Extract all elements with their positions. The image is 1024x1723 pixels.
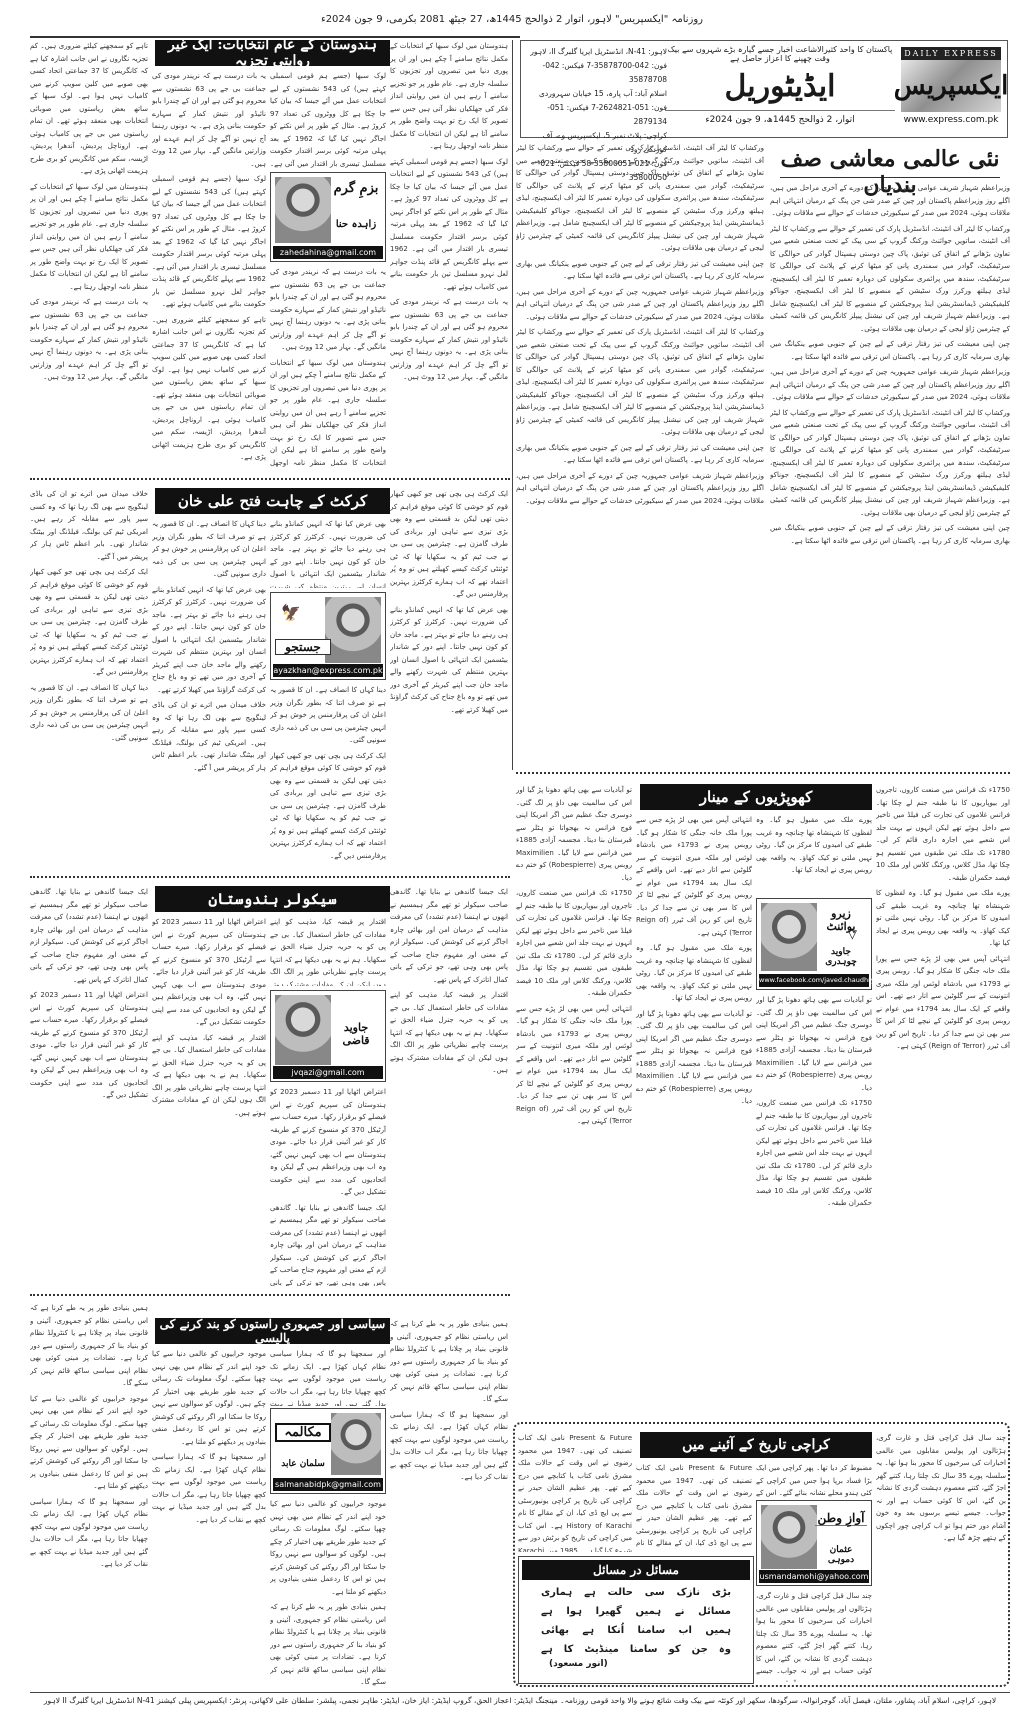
article-paragraph: یہ بات درست ہے کہ نریندر مودی کی جماعت ب…: [270, 266, 386, 354]
article-paragraph: اقتدار پر قبضہ کیا، مذہب کو اپنے مفادات …: [270, 916, 386, 986]
article-body: دینا کہاں کا انصاف ہے۔ ان کا قصور یہ ہے …: [152, 518, 266, 868]
article-paragraph: لوک سبھا (جسے ہم قومی اسمبلی کہتے ہیں) ک…: [390, 156, 508, 294]
editorial-paragraph: چین اپنی معیشت کی تیز رفتار ترقی کے لیے …: [770, 522, 1010, 547]
article-paragraph: 1750ء تک فرانس میں صنعت کاروں، تاجروں او…: [516, 887, 632, 1000]
editorial-paragraph: وزیراعظم شہباز شریف عوامی جمہوریہ چین کے…: [516, 286, 764, 324]
contact-line: فون: 051-2624821-7 فیکس: 051-2879134: [527, 101, 667, 129]
article-paragraph: اعتراض اٹھایا اور 11 دسمبر 2023 کو ہندوس…: [30, 989, 148, 1102]
article-paragraph: دینا کہاں کا انصاف ہے۔ ان کا قصور یہ ہے …: [152, 518, 266, 581]
contact-line: لاہور: 41-N، انڈسٹریل ایریا گلبرگ II، لا…: [527, 45, 667, 59]
article-paragraph: لوک سبھا (جسے ہم قومی اسمبلی کہتے ہیں) ک…: [152, 173, 266, 311]
article-paragraph: انتہائی آپس میں بھی لڑ پڑے جس سے پورا مل…: [876, 953, 1010, 1053]
article-paragraph: پورے ملک میں مقبول ہو گیا۔ وہ لفظوں کا ش…: [636, 942, 752, 1005]
author-email[interactable]: jvqazi@gmail.com: [273, 1066, 383, 1079]
contact-line: اسلام آباد: آب پارہ، 15 خیابان سہروردی: [527, 87, 667, 101]
poem-line: مسائل نے ہمیں گھیرا ہوا ہے: [519, 1602, 753, 1621]
article-headline: کھوپڑیوں کے مینار: [640, 784, 872, 810]
columnist-box: 🦅 جستجو ayazkhan@express.com.pk: [270, 592, 386, 680]
article-paragraph: چند سال قبل کراچی قتل و غارت گری، ہڑتالو…: [756, 1590, 872, 1682]
column-name: زیرو پوائنٹ: [815, 907, 867, 933]
article-headline: سیاسی اور جمہوری راستوں کو بند کرنے کی پ…: [155, 1318, 390, 1344]
article-paragraph: اعتراض اٹھایا اور 11 دسمبر 2023 کو ہندوس…: [270, 1086, 386, 1199]
article-body: ہندوستان میں لوک سبھا کے انتخابات کے مکم…: [390, 40, 508, 470]
article-paragraph: بھی عرض کیا تھا کہ انہیں کمانڈو بنانے کی…: [390, 604, 508, 717]
editorial-paragraph: وزیراعظم شہباز شریف عوامی جمہوریہ چین کے…: [770, 366, 1010, 404]
article-paragraph: خلاف میدان میں اترے تو ان کی باڈی لینگوی…: [152, 699, 266, 774]
article-paragraph: انتہائی آپس میں بھی لڑ پڑے جس سے پورا مل…: [636, 814, 752, 939]
article-body: Present & Future نامی ایک کتاب تصنیف کی …: [636, 1462, 752, 1552]
article-body: دینا کہاں کا انصاف ہے۔ ان کا قصور یہ ہے …: [270, 684, 386, 868]
article-body: 1750ء تک فرانس میں صنعت کاروں، تاجروں او…: [876, 784, 1010, 1414]
article-body: بھی عرض کیا تھا کہ انہیں کمانڈو بنانے کی…: [270, 518, 386, 588]
author-name: زاہدہ حنا: [331, 219, 381, 230]
author-name: عثمان دموہی: [815, 1545, 867, 1565]
masthead-tagline: پاکستان کا واحد کثیرالاشاعت اخبار جسے گی…: [665, 45, 895, 63]
article-paragraph: ایک کرکٹ ہی بچی تھی جو کبھی کبھار قوم کو…: [390, 488, 508, 601]
article-body: یہ بات درست ہے کہ نریندر مودی کی جماعت ب…: [152, 70, 266, 470]
article-paragraph: مضبوط کر دیا تھا۔ پھر کراچی میں ایک بڑا …: [756, 1462, 872, 1498]
editorial-paragraph: ورکشاپ کا لیٹر آف انٹینٹ، انڈسٹریل پارک …: [516, 142, 764, 255]
article-body: ایک جیسا گاندھی نے بنایا تھا۔ گاندھی صاح…: [390, 886, 508, 1286]
columnist-box: مکالمہ سلمان عابد salmanabidpk@gmail.com: [270, 1408, 386, 1494]
column-name: مکالمہ: [275, 1423, 331, 1442]
newspaper-logo[interactable]: DAILY EXPRESS ایکسپریس www.express.com.p…: [901, 47, 1001, 133]
editorial-paragraph: ورکشاپ کا لیٹر آف انٹینٹ، انڈسٹریل پارک …: [516, 326, 764, 439]
article-paragraph: ہمیں بنیادی طور پر یہ طے کرنا ہے کہ اس ر…: [30, 1302, 148, 1390]
eagle-icon: 🦅: [281, 603, 301, 622]
author-email[interactable]: zahedahina@gmail.com: [273, 246, 383, 259]
author-photo: [331, 1413, 381, 1475]
author-name: جاوید قاضی: [331, 1021, 381, 1047]
article-body: چند سال قبل کراچی قتل و غارت گری، ہڑتالو…: [756, 1590, 872, 1682]
columnist-box: بزمِ گرم زاہدہ حنا zahedahina@gmail.com: [270, 172, 386, 262]
author-photo: [761, 1505, 817, 1569]
article-headline: کراچی تاریخ کے آئینے میں: [640, 1432, 872, 1458]
article-paragraph: تاہے کو سمجھنے کیلئے ضروری ہیں۔ کم تجزیہ…: [30, 40, 148, 178]
poem-section-title: مسائل در مسائل: [522, 1560, 750, 1580]
article-paragraph: ایک جیسا گاندھی نے بنایا تھا۔ گاندھی صاح…: [390, 886, 508, 986]
arrow-down-icon: ▽: [848, 927, 857, 941]
author-email[interactable]: usmandamohi@yahoo.com: [759, 1570, 869, 1583]
editorial-paragraph: ورکشاپ کا لیٹر آف انٹینٹ، انڈسٹریل پارک …: [770, 223, 1010, 336]
author-photo: [275, 995, 331, 1065]
editorial-paragraph: چین اپنی معیشت کی تیز رفتار ترقی کے لیے …: [516, 258, 764, 283]
poem-author: (انور مسعود): [519, 1659, 753, 1669]
article-paragraph: پورے ملک میں مقبول ہو گیا۔ وہ لفظوں کا ش…: [756, 814, 872, 877]
article-paragraph: 1750ء تک فرانس میں صنعت کاروں، تاجروں او…: [756, 1097, 872, 1210]
article-paragraph: ہمیں بنیادی طور پر یہ طے کرنا ہے کہ اس ر…: [390, 1318, 508, 1406]
article-paragraph: اقتدار پر قبضہ کیا، مذہب کو اپنے مفادات …: [390, 989, 508, 1077]
editorial-body-col1: وزیراعظم شہباز شریف عوامی جمہوریہ چین کے…: [770, 182, 1010, 762]
article-body: تو آبادیات سے بھی ہاتھ دھونا پڑ گیا اور …: [756, 994, 872, 1414]
editorial-paragraph: وزیراعظم شہباز شریف عوامی جمہوریہ چین کے…: [516, 470, 764, 508]
author-facebook-link[interactable]: www.facebook.com/javed.chaudhry: [759, 974, 869, 987]
column-name: جستجو: [275, 639, 331, 655]
article-paragraph: ہندوستان میں لوک سبھا کے انتخابات کے مکم…: [270, 357, 386, 471]
author-email[interactable]: ayazkhan@express.com.pk: [273, 664, 383, 677]
footer-imprint: لاہور، کراچی، اسلام آباد، پشاور، ملتان، …: [30, 1692, 1010, 1705]
dateline: روزنامہ "ایکسپریس" لاہور، اتوار 2 ذوالحج…: [0, 14, 1024, 25]
article-body: اعتراض اٹھایا اور 11 دسمبر 2023 کو ہندوس…: [152, 916, 266, 1286]
article-paragraph: تو آبادیات سے بھی ہاتھ دھونا پڑ گیا اور …: [636, 1008, 752, 1108]
section-divider: [30, 478, 510, 480]
article-body: موجود خرابیوں کو عالمی دنیا سے کیا خود ا…: [270, 1498, 386, 1688]
article-paragraph: یہ بات درست ہے کہ نریندر مودی کی جماعت ب…: [390, 296, 508, 384]
article-body: Present & Future نامی ایک کتاب تصنیف کی …: [518, 1432, 632, 1552]
masthead-center: پاکستان کا واحد کثیرالاشاعت اخبار جسے گی…: [665, 45, 895, 125]
article-paragraph: اور سمجھنا ہو گا کہ ہمارا سیاسی نظام کہا…: [152, 1451, 266, 1526]
article-body: تاہے کو سمجھنے کیلئے ضروری ہیں۔ کم تجزیہ…: [30, 40, 148, 470]
article-paragraph: اور سمجھنا ہو گا کہ ہمارا سیاسی نظام کہا…: [390, 1409, 508, 1484]
editorial-paragraph: چین اپنی معیشت کی تیز رفتار ترقی کے لیے …: [516, 442, 764, 467]
article-paragraph: موجود خرابیوں کو عالمی دنیا سے کیا خود ا…: [270, 1498, 386, 1598]
article-paragraph: موجود خرابیوں کو عالمی دنیا سے کیا خود ا…: [152, 1348, 266, 1448]
article-headline: سیکولر ہندوستان: [155, 886, 390, 912]
article-body: ایک کرکٹ ہی بچی تھی جو کبھی کبھار قوم کو…: [390, 488, 508, 868]
editorial-body-col2: ورکشاپ کا لیٹر آف انٹینٹ، انڈسٹریل پارک …: [516, 142, 764, 762]
article-paragraph: تو آبادیات سے بھی ہاتھ دھونا پڑ گیا اور …: [516, 784, 632, 884]
article-paragraph: ہندوستان میں لوک سبھا کے انتخابات کے مکم…: [390, 40, 508, 153]
article-paragraph: ایک جیسا گاندھی نے بنایا تھا۔ گاندھی صاح…: [270, 1202, 386, 1287]
article-body: ہمیں بنیادی طور پر یہ طے کرنا ہے کہ اس ر…: [30, 1302, 148, 1688]
article-body: ہمیں بنیادی طور پر یہ طے کرنا ہے کہ اس ر…: [390, 1318, 508, 1688]
article-paragraph: چند سال قبل کراچی قتل و غارت گری، ہڑتالو…: [876, 1432, 1006, 1545]
editorial-paragraph: چین اپنی معیشت کی تیز رفتار ترقی کے لیے …: [770, 338, 1010, 363]
article-body: اعتراض اٹھایا اور 11 دسمبر 2023 کو ہندوس…: [270, 1086, 386, 1286]
article-body: مضبوط کر دیا تھا۔ پھر کراچی میں ایک بڑا …: [756, 1462, 872, 1498]
author-photo: [761, 903, 817, 971]
poem-line: ہمیں اب سامنا اُنکا ہے بھائی: [519, 1621, 753, 1640]
section-divider: [30, 876, 510, 878]
article-paragraph: ایک کرکٹ ہی بچی تھی جو کبھی کبھار قوم کو…: [270, 750, 386, 863]
article-paragraph: 1750ء تک فرانس میں صنعت کاروں، تاجروں او…: [876, 784, 1010, 884]
article-paragraph: بھی عرض کیا تھا کہ انہیں کمانڈو بنانے کی…: [152, 584, 266, 697]
article-paragraph: انتہائی آپس میں بھی لڑ پڑے جس سے پورا مل…: [516, 1003, 632, 1128]
author-name: جاوید چوہدری: [815, 947, 867, 967]
article-body: تو آبادیات سے بھی ہاتھ دھونا پڑ گیا اور …: [516, 784, 632, 1414]
article-paragraph: اعتراض اٹھایا اور 11 دسمبر 2023 کو ہندوس…: [152, 916, 266, 1029]
article-body: اقتدار پر قبضہ کیا، مذہب کو اپنے مفادات …: [270, 916, 386, 986]
section-divider: [516, 772, 1010, 774]
article-paragraph: تاہے کو سمجھنے کیلئے ضروری ہیں۔ کم تجزیہ…: [152, 314, 266, 464]
article-paragraph: موجود خرابیوں کو عالمی دنیا سے کیا خود ا…: [30, 1393, 148, 1493]
article-paragraph: خلاف میدان میں اترے تو ان کی باڈی لینگوی…: [30, 488, 148, 563]
article-paragraph: ایک جیسا گاندھی نے بنایا تھا۔ گاندھی صاح…: [30, 886, 148, 986]
masthead-date: اتوار، 2 ذوالحج 1445ھ، 9 جون 2024ء: [665, 110, 895, 125]
article-paragraph: پورے ملک میں مقبول ہو گیا۔ وہ لفظوں کا ش…: [876, 887, 1010, 950]
column-name: بزمِ گرم: [331, 181, 381, 196]
author-email[interactable]: salmanabidpk@gmail.com: [273, 1478, 383, 1491]
article-body: لوک سبھا (جسے ہم قومی اسمبلی کہتے ہیں) ک…: [270, 70, 386, 170]
website-link[interactable]: www.express.com.pk: [901, 112, 1001, 125]
article-headline: ہندوستان کے عام انتخابات: ایک غیر روایتی…: [155, 40, 390, 66]
section-divider: [30, 1294, 510, 1296]
article-paragraph: اور سمجھنا ہو گا کہ ہمارا سیاسی نظام کہا…: [30, 1496, 148, 1571]
poem-line: وہ جن کو سامنا مینڈیٹ کا ہے: [519, 1640, 753, 1659]
editorial-paragraph: ورکشاپ کا لیٹر آف انٹینٹ، انڈسٹریل پارک …: [770, 407, 1010, 520]
globe-logo-icon: ایکسپریس: [901, 60, 1001, 112]
columnist-box: جاوید قاضی jvqazi@gmail.com: [270, 990, 386, 1082]
article-paragraph: اور سمجھنا ہو گا کہ ہمارا سیاسی نظام کہا…: [270, 1348, 386, 1406]
poem-line: بڑی نازک سی حالت ہے ہماری: [519, 1583, 753, 1602]
article-paragraph: تو آبادیات سے بھی ہاتھ دھونا پڑ گیا اور …: [756, 994, 872, 1094]
article-paragraph: لوک سبھا (جسے ہم قومی اسمبلی کہتے ہیں) ک…: [270, 70, 386, 170]
article-body: انتہائی آپس میں بھی لڑ پڑے جس سے پورا مل…: [636, 814, 752, 1414]
column-name: آوازِ وطن: [815, 1511, 867, 1526]
editorial-paragraph: وزیراعظم شہباز شریف عوامی جمہوریہ چین کے…: [770, 182, 1010, 220]
article-headline: کرکٹ کے چاہت فتح علی خان: [155, 488, 390, 514]
article-paragraph: دینا کہاں کا انصاف ہے۔ ان کا قصور یہ ہے …: [270, 684, 386, 747]
editorial-headline: نئی عالمی معاشی صف بندیاں: [780, 146, 1000, 178]
logo-strip: DAILY EXPRESS: [901, 47, 1001, 60]
article-paragraph: ایک کرکٹ ہی بچی تھی جو کبھی کبھار قوم کو…: [30, 566, 148, 679]
article-body: چند سال قبل کراچی قتل و غارت گری، ہڑتالو…: [876, 1432, 1006, 1682]
poem-box: مسائل در مسائل بڑی نازک سی حالت ہے ہماری…: [518, 1556, 754, 1684]
masthead: DAILY EXPRESS ایکسپریس www.express.com.p…: [520, 40, 1008, 138]
article-paragraph: ہندوستان میں لوک سبھا کے انتخابات کے مکم…: [30, 181, 148, 294]
author-photo: [275, 177, 331, 243]
contact-line: فون: 042-35878700-7 فیکس: 042-35878708: [527, 59, 667, 87]
column-divider: [512, 40, 513, 770]
columnist-box: آوازِ وطن عثمان دموہی usmandamohi@yahoo.…: [756, 1500, 872, 1586]
columnist-box: زیرو پوائنٹ ▽ جاوید چوہدری www.facebook.…: [756, 898, 872, 990]
article-paragraph: ہمیں بنیادی طور پر یہ طے کرنا ہے کہ اس ر…: [270, 1601, 386, 1688]
article-paragraph: Present & Future نامی ایک کتاب تصنیف کی …: [636, 1462, 752, 1552]
article-body: پورے ملک میں مقبول ہو گیا۔ وہ لفظوں کا ش…: [756, 814, 872, 896]
author-photo: [325, 597, 381, 663]
article-body: خلاف میدان میں اترے تو ان کی باڈی لینگوی…: [30, 488, 148, 868]
article-body: ایک جیسا گاندھی نے بنایا تھا۔ گاندھی صاح…: [30, 886, 148, 1286]
article-body: موجود خرابیوں کو عالمی دنیا سے کیا خود ا…: [152, 1348, 266, 1688]
author-name: سلمان عابد: [275, 1459, 331, 1469]
article-paragraph: اقتدار پر قبضہ کیا، مذہب کو اپنے مفادات …: [152, 1032, 266, 1120]
article-paragraph: Present & Future نامی ایک کتاب تصنیف کی …: [518, 1432, 632, 1552]
article-paragraph: یہ بات درست ہے کہ نریندر مودی کی جماعت ب…: [30, 296, 148, 384]
article-paragraph: یہ بات درست ہے کہ نریندر مودی کی جماعت ب…: [152, 70, 266, 170]
page-title: ایڈیٹوریل: [665, 69, 895, 104]
article-body: یہ بات درست ہے کہ نریندر مودی کی جماعت ب…: [270, 266, 386, 470]
article-body: اور سمجھنا ہو گا کہ ہمارا سیاسی نظام کہا…: [270, 1348, 386, 1406]
article-paragraph: دینا کہاں کا انصاف ہے۔ ان کا قصور یہ ہے …: [30, 682, 148, 745]
article-paragraph: بھی عرض کیا تھا کہ انہیں کمانڈو بنانے کی…: [270, 518, 386, 588]
